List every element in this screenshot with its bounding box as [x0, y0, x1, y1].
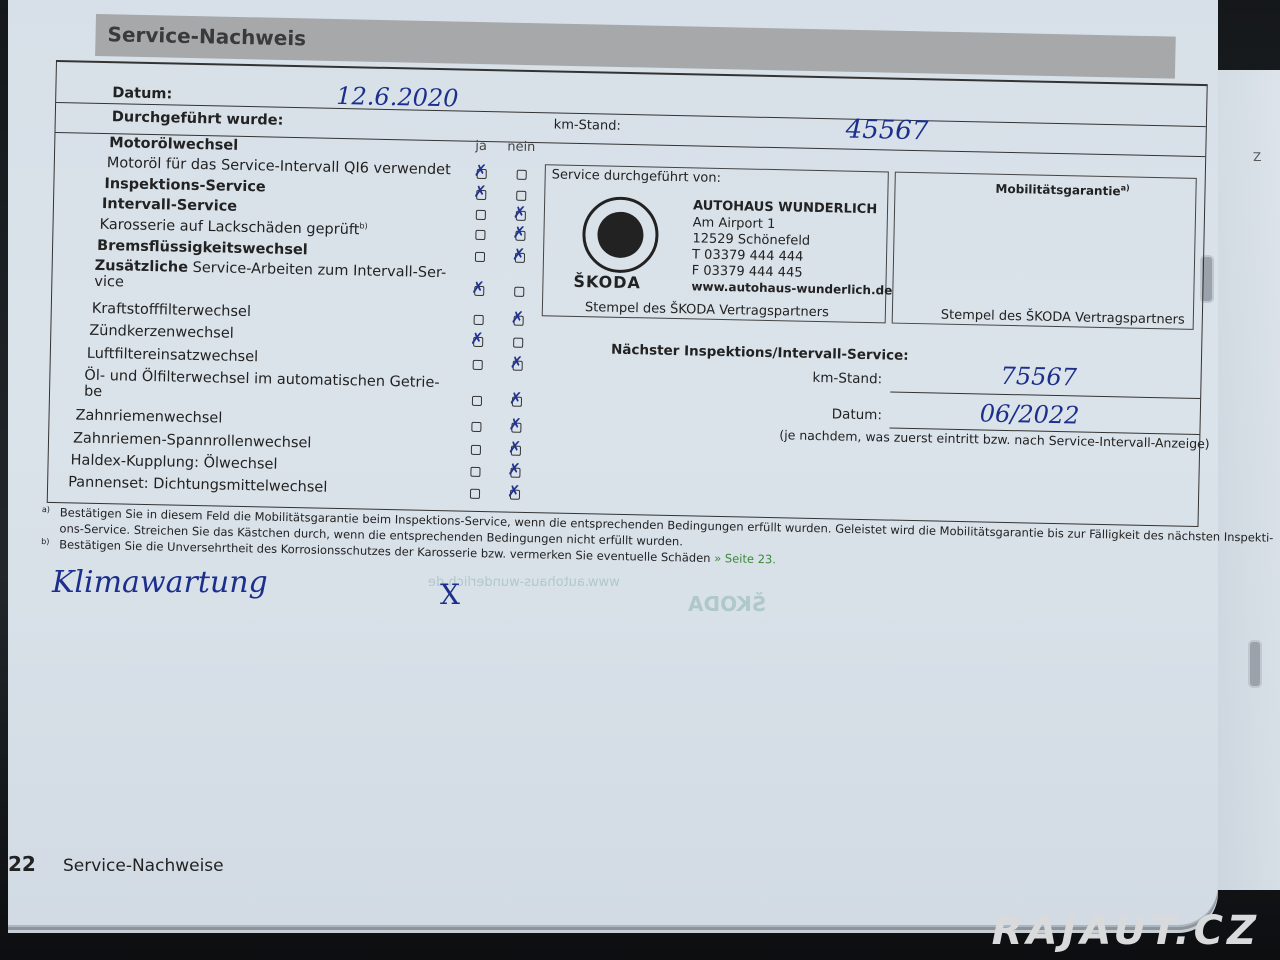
service-item-label: Motorölwechsel	[109, 135, 238, 154]
dealer-web: www.autohaus-wunderlich.de	[691, 279, 892, 297]
check-mark-icon: ✗	[508, 440, 522, 456]
skoda-wordmark: ŠKODA	[573, 272, 641, 292]
service-item-label: Zahnriemen-Spannrollenwechsel	[73, 430, 312, 451]
service-item-label: Zahnriemenwechsel	[75, 407, 222, 426]
checkbox-no[interactable]	[513, 338, 523, 348]
right-page-fragment: Z	[1253, 150, 1262, 164]
col-no: nein	[507, 139, 535, 155]
service-item-label: Haldex-Kupplung: Ölwechsel	[70, 452, 277, 472]
footnote-b-marker: b)	[41, 537, 49, 546]
date-label: Datum:	[112, 85, 172, 102]
next-km-label: km-Stand:	[812, 370, 882, 387]
checkbox-yes[interactable]	[472, 396, 482, 406]
checkbox-yes[interactable]	[474, 315, 484, 325]
mobility-label: Mobilitätsgarantiea)	[995, 181, 1129, 199]
next-service-title: Nächster Inspektions/Intervall-Service:	[611, 342, 909, 364]
service-item-label: Motoröl für das Service-Intervall QI6 ve…	[107, 155, 451, 178]
check-mark-icon: ✗	[513, 205, 527, 221]
dealer-phone: T 03379 444 444	[692, 247, 804, 264]
check-mark-icon: ✗	[473, 184, 487, 200]
next-km-line	[890, 392, 1200, 399]
service-item-label: Pannenset: Dichtungsmittelwechsel	[68, 474, 328, 495]
service-item-label: Zusätzliche Service-Arbeiten zum Interva…	[95, 258, 447, 281]
checkbox-yes[interactable]	[476, 210, 486, 220]
check-mark-icon: ✗	[512, 225, 526, 241]
checkbox-no[interactable]	[514, 287, 524, 297]
checkbox-yes[interactable]	[471, 422, 481, 432]
check-mark-icon: ✗	[507, 462, 521, 478]
checkbox-no[interactable]	[517, 170, 527, 180]
dealer-fax: F 03379 444 445	[692, 263, 803, 280]
ghost-skoda-text: ŠKODA	[688, 592, 766, 616]
next-km-value[interactable]: 75567	[1000, 362, 1077, 392]
page-title: Service-Nachweis	[107, 22, 306, 50]
date-value[interactable]: 12.6.2020	[336, 82, 459, 113]
checkbox-yes[interactable]	[470, 489, 480, 499]
service-by-label: Service durchgeführt von:	[552, 167, 722, 186]
check-mark-icon: ✗	[508, 417, 522, 433]
service-form: Datum: 12.6.2020 km-Stand: 45567 Durchge…	[47, 60, 1208, 527]
handwritten-note: Klimawartung	[52, 565, 268, 600]
mobility-stamp-caption: Stempel des ŠKODA Vertragspartners	[941, 308, 1185, 328]
service-item-label: Öl- und Ölfilterwechsel im automatischen…	[84, 368, 440, 391]
check-mark-icon: ✗	[511, 310, 525, 326]
service-item-label-cont: vice	[94, 274, 124, 291]
skoda-logo-icon	[582, 196, 660, 274]
checkbox-yes[interactable]	[470, 467, 480, 477]
service-item-label: Kraftstofffilterwechsel	[92, 301, 251, 320]
check-mark-icon: ✗	[470, 331, 484, 347]
service-item-label: Inspektions-Service	[104, 176, 266, 195]
check-mark-icon: ✗	[507, 484, 521, 500]
checkbox-yes[interactable]	[475, 252, 485, 262]
km-value[interactable]: 45567	[845, 115, 928, 147]
service-item-label-cont: be	[84, 384, 102, 400]
check-mark-icon: ✗	[509, 391, 523, 407]
checkbox-no[interactable]	[516, 191, 526, 201]
service-item-label: Bremsflüssigkeitswechsel	[97, 238, 308, 258]
check-mark-icon: ✗	[510, 355, 524, 371]
binding-clip	[1248, 640, 1262, 688]
page-footer-title: Service-Nachweise	[63, 856, 224, 876]
footnote-a-marker: a)	[42, 505, 50, 514]
dealer-city: 12529 Schönefeld	[692, 231, 810, 248]
handwritten-x: X	[440, 578, 460, 611]
mobility-box: Mobilitätsgarantiea) Stempel des ŠKODA V…	[892, 172, 1197, 330]
dealer-street: Am Airport 1	[693, 215, 776, 232]
km-label: km-Stand:	[554, 117, 621, 133]
performed-label: Durchgeführt wurde:	[112, 109, 284, 129]
checkbox-yes[interactable]	[473, 360, 483, 370]
document-page: Service-Nachweis Datum: 12.6.2020 km-Sta…	[8, 0, 1218, 925]
service-by-box: Service durchgeführt von: ŠKODA AUTOHAUS…	[542, 164, 889, 323]
check-mark-icon: ✗	[474, 163, 488, 179]
page-number: 22	[8, 852, 36, 876]
service-item-label: Intervall-Service	[102, 196, 237, 215]
dealer-name: AUTOHAUS WUNDERLICH	[693, 198, 877, 217]
checkbox-yes[interactable]	[471, 445, 481, 455]
stamp-caption: Stempel des ŠKODA Vertragspartners	[585, 300, 829, 320]
service-item-label: Karosserie auf Lackschäden geprüftb)	[99, 216, 367, 238]
check-mark-icon: ✗	[512, 247, 526, 263]
next-date-value[interactable]: 06/2022	[980, 399, 1080, 429]
check-mark-icon: ✗	[471, 280, 485, 296]
service-item-label: Luftfiltereinsatzwechsel	[87, 346, 259, 366]
col-yes: ja	[475, 139, 487, 154]
checkbox-yes[interactable]	[475, 230, 485, 240]
next-date-label: Datum:	[832, 406, 883, 423]
watermark: RAJAUT.CZ	[992, 908, 1260, 954]
service-item-label: Zündkerzenwechsel	[89, 323, 234, 342]
page-link[interactable]: » Seite 23.	[714, 551, 776, 566]
next-service-note: (je nachdem, was zuerst eintritt bzw. na…	[779, 427, 1210, 451]
